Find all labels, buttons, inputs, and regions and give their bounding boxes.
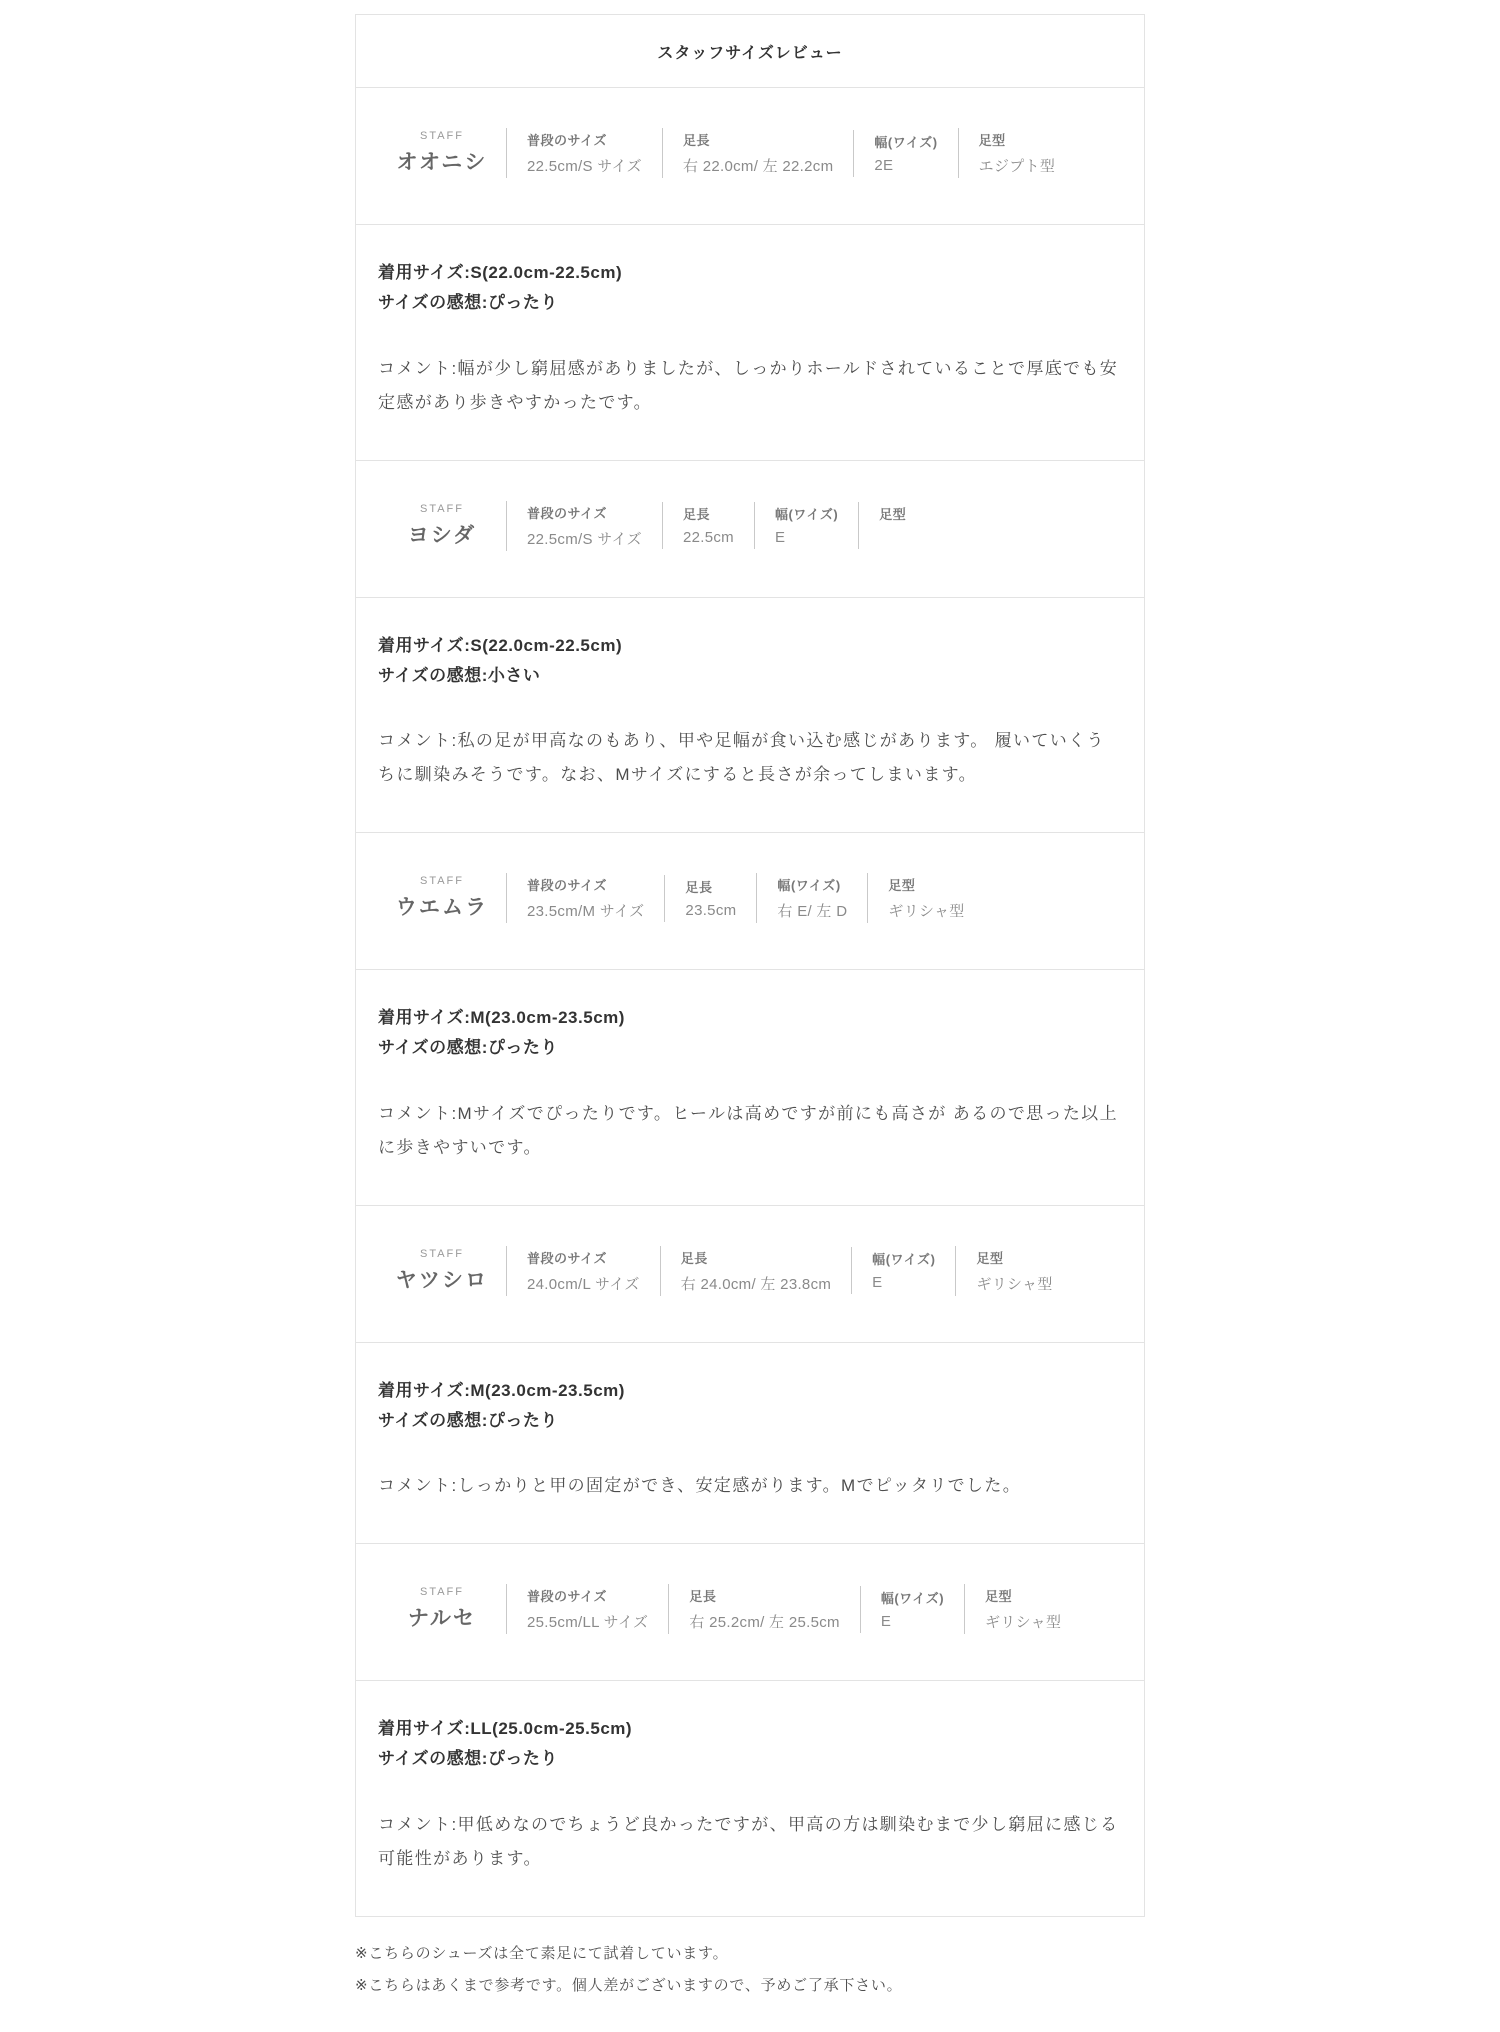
usual-size-value: 22.5cm/S サイズ bbox=[527, 155, 642, 176]
note-barefoot: ※こちらのシューズは全て素足にて試着しています。 bbox=[355, 1938, 1145, 1970]
staff-name-cell: STAFF ナルセ bbox=[378, 1586, 506, 1632]
foot-type-value bbox=[879, 529, 906, 547]
foot-length-cell: 足長 右 24.0cm/ 左 23.8cm bbox=[660, 1246, 851, 1296]
impression-line: サイズの感想:小さい bbox=[378, 661, 1122, 691]
foot-type-label: 足型 bbox=[985, 1586, 1061, 1605]
foot-length-cell: 足長 23.5cm bbox=[664, 875, 756, 922]
width-value: E bbox=[872, 1274, 935, 1292]
foot-length-label: 足長 bbox=[683, 130, 833, 149]
usual-size-label: 普段のサイズ bbox=[527, 1248, 640, 1267]
foot-length-value: 右 25.2cm/ 左 25.5cm bbox=[689, 1611, 839, 1632]
foot-type-label: 足型 bbox=[879, 504, 906, 523]
width-label: 幅(ワイズ) bbox=[872, 1249, 935, 1268]
usual-size-label: 普段のサイズ bbox=[527, 875, 644, 894]
foot-type-value: ギリシャ型 bbox=[888, 900, 964, 921]
impression-line: サイズの感想:ぴったり bbox=[378, 1406, 1122, 1436]
foot-type-cell: 足型 エジプト型 bbox=[958, 128, 1066, 178]
review-body: 着用サイズ:S(22.0cm-22.5cm) サイズの感想:ぴったり コメント:… bbox=[356, 225, 1144, 461]
staff-name: ナルセ bbox=[378, 1602, 506, 1632]
staff-card: STAFF ナルセ 普段のサイズ 25.5cm/LL サイズ 足長 右 25.2… bbox=[356, 1544, 1144, 1681]
width-label: 幅(ワイズ) bbox=[874, 132, 937, 151]
staff-name: ヨシダ bbox=[378, 519, 506, 549]
staff-label: STAFF bbox=[378, 1586, 506, 1598]
usual-size-label: 普段のサイズ bbox=[527, 1586, 648, 1605]
staff-card: STAFF ウエムラ 普段のサイズ 23.5cm/M サイズ 足長 23.5cm… bbox=[356, 833, 1144, 970]
usual-size-value: 25.5cm/LL サイズ bbox=[527, 1611, 648, 1632]
usual-size-label: 普段のサイズ bbox=[527, 130, 642, 149]
foot-length-label: 足長 bbox=[685, 877, 736, 896]
foot-length-value: 23.5cm bbox=[685, 902, 736, 920]
usual-size-cell: 普段のサイズ 23.5cm/M サイズ bbox=[506, 873, 664, 923]
worn-size-line: 着用サイズ:M(23.0cm-23.5cm) bbox=[378, 1376, 1122, 1406]
usual-size-cell: 普段のサイズ 22.5cm/S サイズ bbox=[506, 128, 662, 178]
width-label: 幅(ワイズ) bbox=[777, 875, 847, 894]
staff-name-cell: STAFF ウエムラ bbox=[378, 875, 506, 921]
width-cell: 幅(ワイズ) 右 E/ 左 D bbox=[756, 873, 867, 923]
foot-type-cell: 足型 bbox=[858, 502, 916, 549]
usual-size-cell: 普段のサイズ 25.5cm/LL サイズ bbox=[506, 1584, 668, 1634]
foot-type-cell: 足型 ギリシャ型 bbox=[964, 1584, 1071, 1634]
usual-size-cell: 普段のサイズ 22.5cm/S サイズ bbox=[506, 501, 662, 551]
staff-name: ヤツシロ bbox=[378, 1264, 506, 1294]
review-body: 着用サイズ:LL(25.0cm-25.5cm) サイズの感想:ぴったり コメント… bbox=[356, 1681, 1144, 1916]
worn-size-line: 着用サイズ:S(22.0cm-22.5cm) bbox=[378, 258, 1122, 288]
foot-length-label: 足長 bbox=[683, 504, 734, 523]
staff-name: ウエムラ bbox=[378, 891, 506, 921]
impression-line: サイズの感想:ぴったり bbox=[378, 1033, 1122, 1063]
foot-length-cell: 足長 22.5cm bbox=[662, 502, 754, 549]
foot-length-cell: 足長 右 25.2cm/ 左 25.5cm bbox=[668, 1584, 859, 1634]
staff-name: オオニシ bbox=[378, 146, 506, 176]
staff-name-cell: STAFF ヨシダ bbox=[378, 503, 506, 549]
width-value: 右 E/ 左 D bbox=[777, 900, 847, 921]
foot-length-value: 右 24.0cm/ 左 23.8cm bbox=[681, 1273, 831, 1294]
width-label: 幅(ワイズ) bbox=[775, 504, 838, 523]
usual-size-value: 22.5cm/S サイズ bbox=[527, 528, 642, 549]
impression-line: サイズの感想:ぴったり bbox=[378, 1744, 1122, 1774]
foot-type-label: 足型 bbox=[888, 875, 964, 894]
size-review-panel: スタッフサイズレビュー STAFF オオニシ 普段のサイズ 22.5cm/S サ… bbox=[355, 14, 1145, 1917]
foot-type-label: 足型 bbox=[976, 1248, 1052, 1267]
width-value: 2E bbox=[874, 157, 937, 175]
width-cell: 幅(ワイズ) E bbox=[860, 1586, 964, 1633]
foot-type-value: ギリシャ型 bbox=[976, 1273, 1052, 1294]
review-body: 着用サイズ:M(23.0cm-23.5cm) サイズの感想:ぴったり コメント:… bbox=[356, 970, 1144, 1206]
worn-size-line: 着用サイズ:LL(25.0cm-25.5cm) bbox=[378, 1714, 1122, 1744]
comment-text: コメント:しっかりと甲の固定ができ、安定感がります。Mでピッタリでした。 bbox=[378, 1469, 1122, 1503]
review-body: 着用サイズ:S(22.0cm-22.5cm) サイズの感想:小さい コメント:私… bbox=[356, 598, 1144, 834]
foot-length-value: 22.5cm bbox=[683, 529, 734, 547]
comment-text: コメント:幅が少し窮屈感がありましたが、しっかりホールドされていることで厚底でも… bbox=[378, 352, 1122, 420]
foot-length-label: 足長 bbox=[689, 1586, 839, 1605]
usual-size-value: 24.0cm/L サイズ bbox=[527, 1273, 640, 1294]
staff-label: STAFF bbox=[378, 503, 506, 515]
staff-label: STAFF bbox=[378, 875, 506, 887]
foot-length-value: 右 22.0cm/ 左 22.2cm bbox=[683, 155, 833, 176]
foot-type-value: エジプト型 bbox=[979, 155, 1056, 176]
staff-name-cell: STAFF ヤツシロ bbox=[378, 1248, 506, 1294]
foot-type-value: ギリシャ型 bbox=[985, 1611, 1061, 1632]
width-cell: 幅(ワイズ) E bbox=[754, 502, 858, 549]
worn-size-line: 着用サイズ:S(22.0cm-22.5cm) bbox=[378, 631, 1122, 661]
usual-size-cell: 普段のサイズ 24.0cm/L サイズ bbox=[506, 1246, 660, 1296]
usual-size-value: 23.5cm/M サイズ bbox=[527, 900, 644, 921]
impression-line: サイズの感想:ぴったり bbox=[378, 288, 1122, 318]
width-label: 幅(ワイズ) bbox=[881, 1588, 944, 1607]
staff-name-cell: STAFF オオニシ bbox=[378, 130, 506, 176]
staff-label: STAFF bbox=[378, 1248, 506, 1260]
width-value: E bbox=[881, 1613, 944, 1631]
staff-card: STAFF オオニシ 普段のサイズ 22.5cm/S サイズ 足長 右 22.0… bbox=[356, 88, 1144, 225]
review-body: 着用サイズ:M(23.0cm-23.5cm) サイズの感想:ぴったり コメント:… bbox=[356, 1343, 1144, 1545]
width-cell: 幅(ワイズ) 2E bbox=[853, 130, 957, 177]
usual-size-label: 普段のサイズ bbox=[527, 503, 642, 522]
foot-length-cell: 足長 右 22.0cm/ 左 22.2cm bbox=[662, 128, 853, 178]
footer-notes: ※こちらのシューズは全て素足にて試着しています。 ※こちらはあくまで参考です。個… bbox=[355, 1938, 1145, 2003]
comment-text: コメント:Mサイズでぴったりです。ヒールは高めですが前にも高さが あるので思った… bbox=[378, 1097, 1122, 1165]
foot-type-cell: 足型 ギリシャ型 bbox=[867, 873, 974, 923]
foot-type-label: 足型 bbox=[979, 130, 1056, 149]
comment-text: コメント:私の足が甲高なのもあり、甲や足幅が食い込む感じがあります。 履いていく… bbox=[378, 724, 1122, 792]
foot-type-cell: 足型 ギリシャ型 bbox=[955, 1246, 1062, 1296]
comment-text: コメント:甲低めなのでちょうど良かったですが、甲高の方は馴染むまで少し窮屈に感じ… bbox=[378, 1808, 1122, 1876]
staff-label: STAFF bbox=[378, 130, 506, 142]
staff-card: STAFF ヤツシロ 普段のサイズ 24.0cm/L サイズ 足長 右 24.0… bbox=[356, 1206, 1144, 1343]
note-reference: ※こちらはあくまで参考です。個人差がございますので、予めご了承下さい。 bbox=[355, 1970, 1145, 2002]
width-value: E bbox=[775, 529, 838, 547]
width-cell: 幅(ワイズ) E bbox=[851, 1247, 955, 1294]
staff-card: STAFF ヨシダ 普段のサイズ 22.5cm/S サイズ 足長 22.5cm … bbox=[356, 461, 1144, 598]
worn-size-line: 着用サイズ:M(23.0cm-23.5cm) bbox=[378, 1003, 1122, 1033]
page-title: スタッフサイズレビュー bbox=[356, 15, 1144, 88]
foot-length-label: 足長 bbox=[681, 1248, 831, 1267]
